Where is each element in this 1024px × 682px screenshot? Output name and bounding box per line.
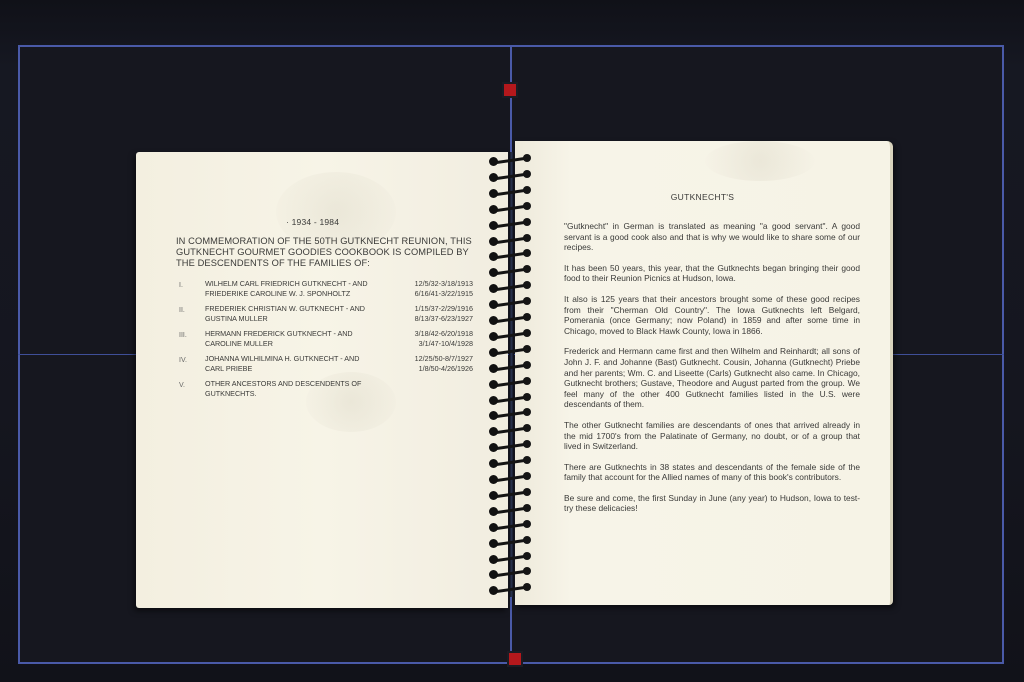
family-date-1: 1/15/37-2/29/1916 bbox=[415, 304, 473, 314]
spiral-coil bbox=[486, 329, 536, 343]
spiral-coil bbox=[486, 345, 536, 359]
family-entry: IV. JOHANNA WILHILMINA H. GUTKNECHT - an… bbox=[176, 354, 476, 379]
spiral-coil bbox=[486, 583, 536, 597]
family-date-2: 8/13/37-6/23/1927 bbox=[415, 314, 473, 324]
family-entry: V. OTHER ANCESTORS AND DESCENDENTS OFGUT… bbox=[176, 379, 476, 404]
family-entry: I. WILHELM CARL FRIEDRICH GUTKNECHT - an… bbox=[176, 279, 476, 304]
spiral-coil bbox=[486, 552, 536, 566]
paragraph: It also is 125 years that their ancestor… bbox=[564, 294, 860, 336]
family-line-2: CARL PRIEBE bbox=[205, 364, 395, 374]
page-title: GUTKNECHT'S bbox=[515, 192, 890, 202]
family-numeral: V. bbox=[179, 381, 185, 391]
family-line-1: JOHANNA WILHILMINA H. GUTKNECHT - and bbox=[205, 354, 395, 364]
spiral-coil bbox=[486, 472, 536, 486]
family-list: I. WILHELM CARL FRIEDRICH GUTKNECHT - an… bbox=[176, 279, 476, 404]
family-line-2: FRIEDERIKE CAROLINE W. J. SPONHOLTZ bbox=[205, 289, 395, 299]
spiral-binding bbox=[486, 152, 536, 597]
spiral-coil bbox=[486, 520, 536, 534]
spiral-coil bbox=[486, 170, 536, 184]
family-line-1: FREDERIEK CHRISTIAN W. GUTKNECHT - and bbox=[205, 304, 395, 314]
family-numeral: I. bbox=[179, 281, 183, 291]
spiral-coil bbox=[486, 218, 536, 232]
registration-marker-top bbox=[504, 84, 516, 96]
family-line-2: GUTKNECHTS. bbox=[205, 389, 395, 399]
family-line-1: HERMANN FREDERICK GUTKNECHT - and bbox=[205, 329, 395, 339]
family-line-1: OTHER ANCESTORS AND DESCENDENTS OF bbox=[205, 379, 395, 389]
family-date-1: 12/5/32-3/18/1913 bbox=[415, 279, 473, 289]
spiral-coil bbox=[486, 202, 536, 216]
spiral-coil bbox=[486, 281, 536, 295]
history-text: "Gutknecht" in German is translated as m… bbox=[564, 221, 860, 524]
year-range: · 1934 - 1984 bbox=[286, 217, 339, 227]
family-date-2: 1/8/50-4/26/1926 bbox=[415, 364, 473, 374]
family-entry: II. FREDERIEK CHRISTIAN W. GUTKNECHT - a… bbox=[176, 304, 476, 329]
family-entry: III. HERMANN FREDERICK GUTKNECHT - andCA… bbox=[176, 329, 476, 354]
family-date-1: 3/18/42-6/20/1918 bbox=[415, 329, 473, 339]
spiral-coil bbox=[486, 377, 536, 391]
family-line-1: WILHELM CARL FRIEDRICH GUTKNECHT - and bbox=[205, 279, 395, 289]
spiral-coil bbox=[486, 488, 536, 502]
spiral-coil bbox=[486, 393, 536, 407]
family-numeral: II. bbox=[179, 306, 185, 316]
spiral-coil bbox=[486, 504, 536, 518]
commemoration-intro: IN COMMEMORATION OF THE 50TH GUTKNECHT R… bbox=[176, 236, 476, 269]
spiral-coil bbox=[486, 408, 536, 422]
paragraph: There are Gutknechts in 38 states and de… bbox=[564, 462, 860, 483]
spiral-coil bbox=[486, 440, 536, 454]
left-page: · 1934 - 1984 IN COMMEMORATION OF THE 50… bbox=[136, 152, 508, 608]
family-date-2: 6/16/41-3/22/1915 bbox=[415, 289, 473, 299]
spiral-coil bbox=[486, 297, 536, 311]
spiral-coil bbox=[486, 249, 536, 263]
spiral-coil bbox=[486, 313, 536, 327]
paragraph: "Gutknecht" in German is translated as m… bbox=[564, 221, 860, 253]
right-page: GUTKNECHT'S "Gutknecht" in German is tra… bbox=[515, 141, 893, 605]
family-date-1: 12/25/50-8/7/1927 bbox=[415, 354, 473, 364]
family-numeral: III. bbox=[179, 331, 187, 341]
registration-marker-bottom bbox=[509, 653, 521, 665]
spiral-coil bbox=[486, 424, 536, 438]
family-date-2: 3/1/47-10/4/1928 bbox=[415, 339, 473, 349]
spiral-coil bbox=[486, 536, 536, 550]
family-line-2: CAROLINE MULLER bbox=[205, 339, 395, 349]
spiral-coil bbox=[486, 456, 536, 470]
spiral-coil bbox=[486, 361, 536, 375]
family-numeral: IV. bbox=[179, 356, 187, 366]
spiral-coil bbox=[486, 265, 536, 279]
family-line-2: GUSTINA MULLER bbox=[205, 314, 395, 324]
spiral-coil bbox=[486, 234, 536, 248]
paragraph: It has been 50 years, this year, that th… bbox=[564, 263, 860, 284]
paragraph: The other Gutknecht families are descend… bbox=[564, 420, 860, 452]
spiral-coil bbox=[486, 567, 536, 581]
page-stain bbox=[705, 141, 815, 181]
paragraph: Frederick and Hermann came first and the… bbox=[564, 346, 860, 410]
paragraph: Be sure and come, the first Sunday in Ju… bbox=[564, 493, 860, 514]
spiral-coil bbox=[486, 186, 536, 200]
spiral-coil bbox=[486, 154, 536, 168]
